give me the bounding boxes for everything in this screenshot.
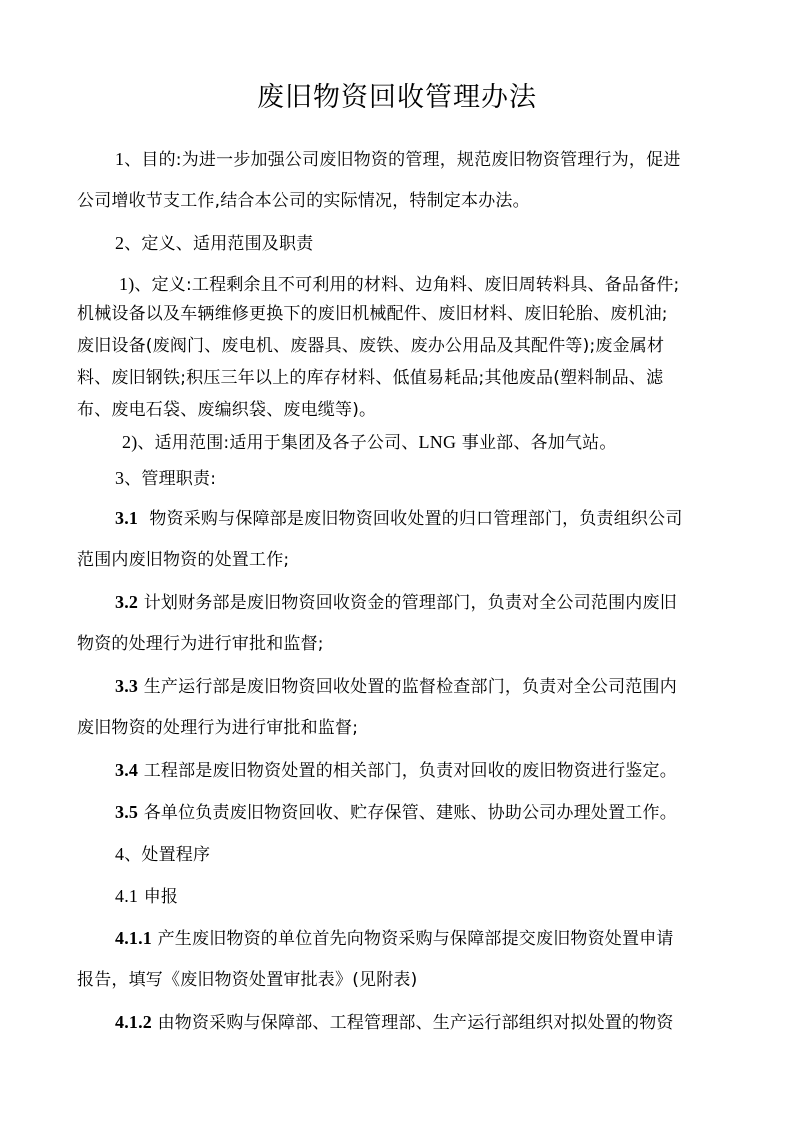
definition-line-5: 布、废电石袋、废编织袋、废电缆等)。 — [77, 398, 727, 422]
definition-line-2: 机械设备以及车辆维修更换下的废旧机械配件、废旧材料、废旧轮胎、废机油; — [77, 302, 727, 326]
subsection-4-1-heading: 4.1 申报 — [115, 884, 765, 909]
paragraph-text: 工程部是废旧物资处置的相关部门，负责对回收的废旧物资进行鉴定。 — [138, 761, 677, 781]
item-number: 1) — [119, 274, 134, 294]
item-number: 3.2 — [115, 592, 138, 612]
item-3-5-line-1: 3.5 各单位负责废旧物资回收、贮存保管、建账、协助公司办理处置工作。 — [115, 800, 765, 825]
section-number: 1 — [115, 149, 124, 169]
item-number: 4.1 — [115, 886, 138, 906]
section-number: 4 — [115, 844, 124, 864]
item-number: 3.4 — [115, 760, 138, 780]
item-3-2-line-2: 物资的处理行为进行审批和监督; — [77, 632, 727, 656]
item-3-4-line-1: 3.4 工程部是废旧物资处置的相关部门，负责对回收的废旧物资进行鉴定。 — [115, 758, 765, 783]
item-number: 3.1 — [115, 508, 138, 528]
section-number: 2 — [115, 233, 124, 253]
item-number: 2) — [122, 432, 137, 452]
definition-line-1: 1)、定义:工程剩余且不可利用的材料、边角料、废旧周转料具、备品备件; — [119, 272, 769, 297]
section-1-purpose-line-1: 1、目的:为进一步加强公司废旧物资的管理，规范废旧物资管理行为，促进 — [115, 147, 765, 172]
section-number: 3 — [115, 468, 124, 488]
item-3-1-line-1: 3.1 物资采购与保障部是废旧物资回收处置的归口管理部门，负责组织公司 — [115, 506, 765, 531]
paragraph-text: 生产运行部是废旧物资回收处置的监督检查部门，负责对全公司范围内 — [138, 677, 677, 697]
item-3-1-line-2: 范围内废旧物资的处置工作; — [77, 548, 727, 572]
item-number: 4.1.2 — [115, 1012, 152, 1032]
paragraph-text: 由物资采购与保障部、工程管理部、生产运行部组织对拟处置的物资 — [152, 1013, 674, 1033]
definition-line-4: 料、废旧钢铁;积压三年以上的库存材料、低值易耗品;其他废品(塑料制品、滤 — [77, 366, 727, 390]
definition-line-3: 废旧设备(废阀门、废电机、废器具、废铁、废办公用品及其配件等);废金属材 — [77, 334, 727, 358]
item-3-3-line-2: 废旧物资的处理行为进行审批和监督; — [77, 716, 727, 740]
heading-text: 、管理职责: — [124, 469, 216, 489]
paragraph-text: 、适用范围:适用于集团及各子公司、 — [137, 433, 418, 453]
paragraph-text: 、定义:工程剩余且不可利用的材料、边角料、废旧周转料具、备品备件; — [134, 275, 679, 295]
heading-text: 申报 — [138, 887, 178, 907]
document-title: 废旧物资回收管理办法 — [0, 80, 794, 116]
section-2-heading: 2、定义、适用范围及职责 — [115, 231, 765, 256]
document-page: 废旧物资回收管理办法 1、目的:为进一步加强公司废旧物资的管理，规范废旧物资管理… — [0, 0, 794, 1123]
item-4-1-1-line-2: 报告，填写《废旧物资处置审批表》(见附表) — [77, 968, 727, 992]
item-3-2-line-1: 3.2 计划财务部是废旧物资回收资金的管理部门，负责对全公司范围内废旧 — [115, 590, 765, 615]
paragraph-text: 产生废旧物资的单位首先向物资采购与保障部提交废旧物资处置申请 — [152, 929, 674, 949]
section-1-purpose-line-2: 公司增收节支工作,结合本公司的实际情况，特制定本办法。 — [77, 189, 727, 213]
paragraph-text: 物资采购与保障部是废旧物资回收处置的归口管理部门，负责组织公司 — [138, 509, 682, 529]
item-4-1-2-line-1: 4.1.2 由物资采购与保障部、工程管理部、生产运行部组织对拟处置的物资 — [115, 1010, 765, 1035]
item-number: 3.5 — [115, 802, 138, 822]
item-4-1-1-line-1: 4.1.1 产生废旧物资的单位首先向物资采购与保障部提交废旧物资处置申请 — [115, 926, 765, 951]
item-number: 4.1.1 — [115, 928, 152, 948]
paragraph-text: 事业部、各加气站。 — [456, 433, 616, 453]
paragraph-text: 各单位负责废旧物资回收、贮存保管、建账、协助公司办理处置工作。 — [138, 803, 677, 823]
heading-text: 、处置程序 — [124, 845, 210, 865]
paragraph-text: 、目的:为进一步加强公司废旧物资的管理，规范废旧物资管理行为，促进 — [124, 150, 680, 170]
paragraph-text: 计划财务部是废旧物资回收资金的管理部门，负责对全公司范围内废旧 — [138, 593, 677, 613]
heading-text: 、定义、适用范围及职责 — [124, 234, 313, 254]
lng-abbrev: LNG — [419, 432, 457, 452]
scope-line: 2)、适用范围:适用于集团及各子公司、LNG 事业部、各加气站。 — [122, 430, 772, 455]
item-3-3-line-1: 3.3 生产运行部是废旧物资回收处置的监督检查部门，负责对全公司范围内 — [115, 674, 765, 699]
item-number: 3.3 — [115, 676, 138, 696]
section-3-heading: 3、管理职责: — [115, 466, 765, 491]
section-4-heading: 4、处置程序 — [115, 842, 765, 867]
